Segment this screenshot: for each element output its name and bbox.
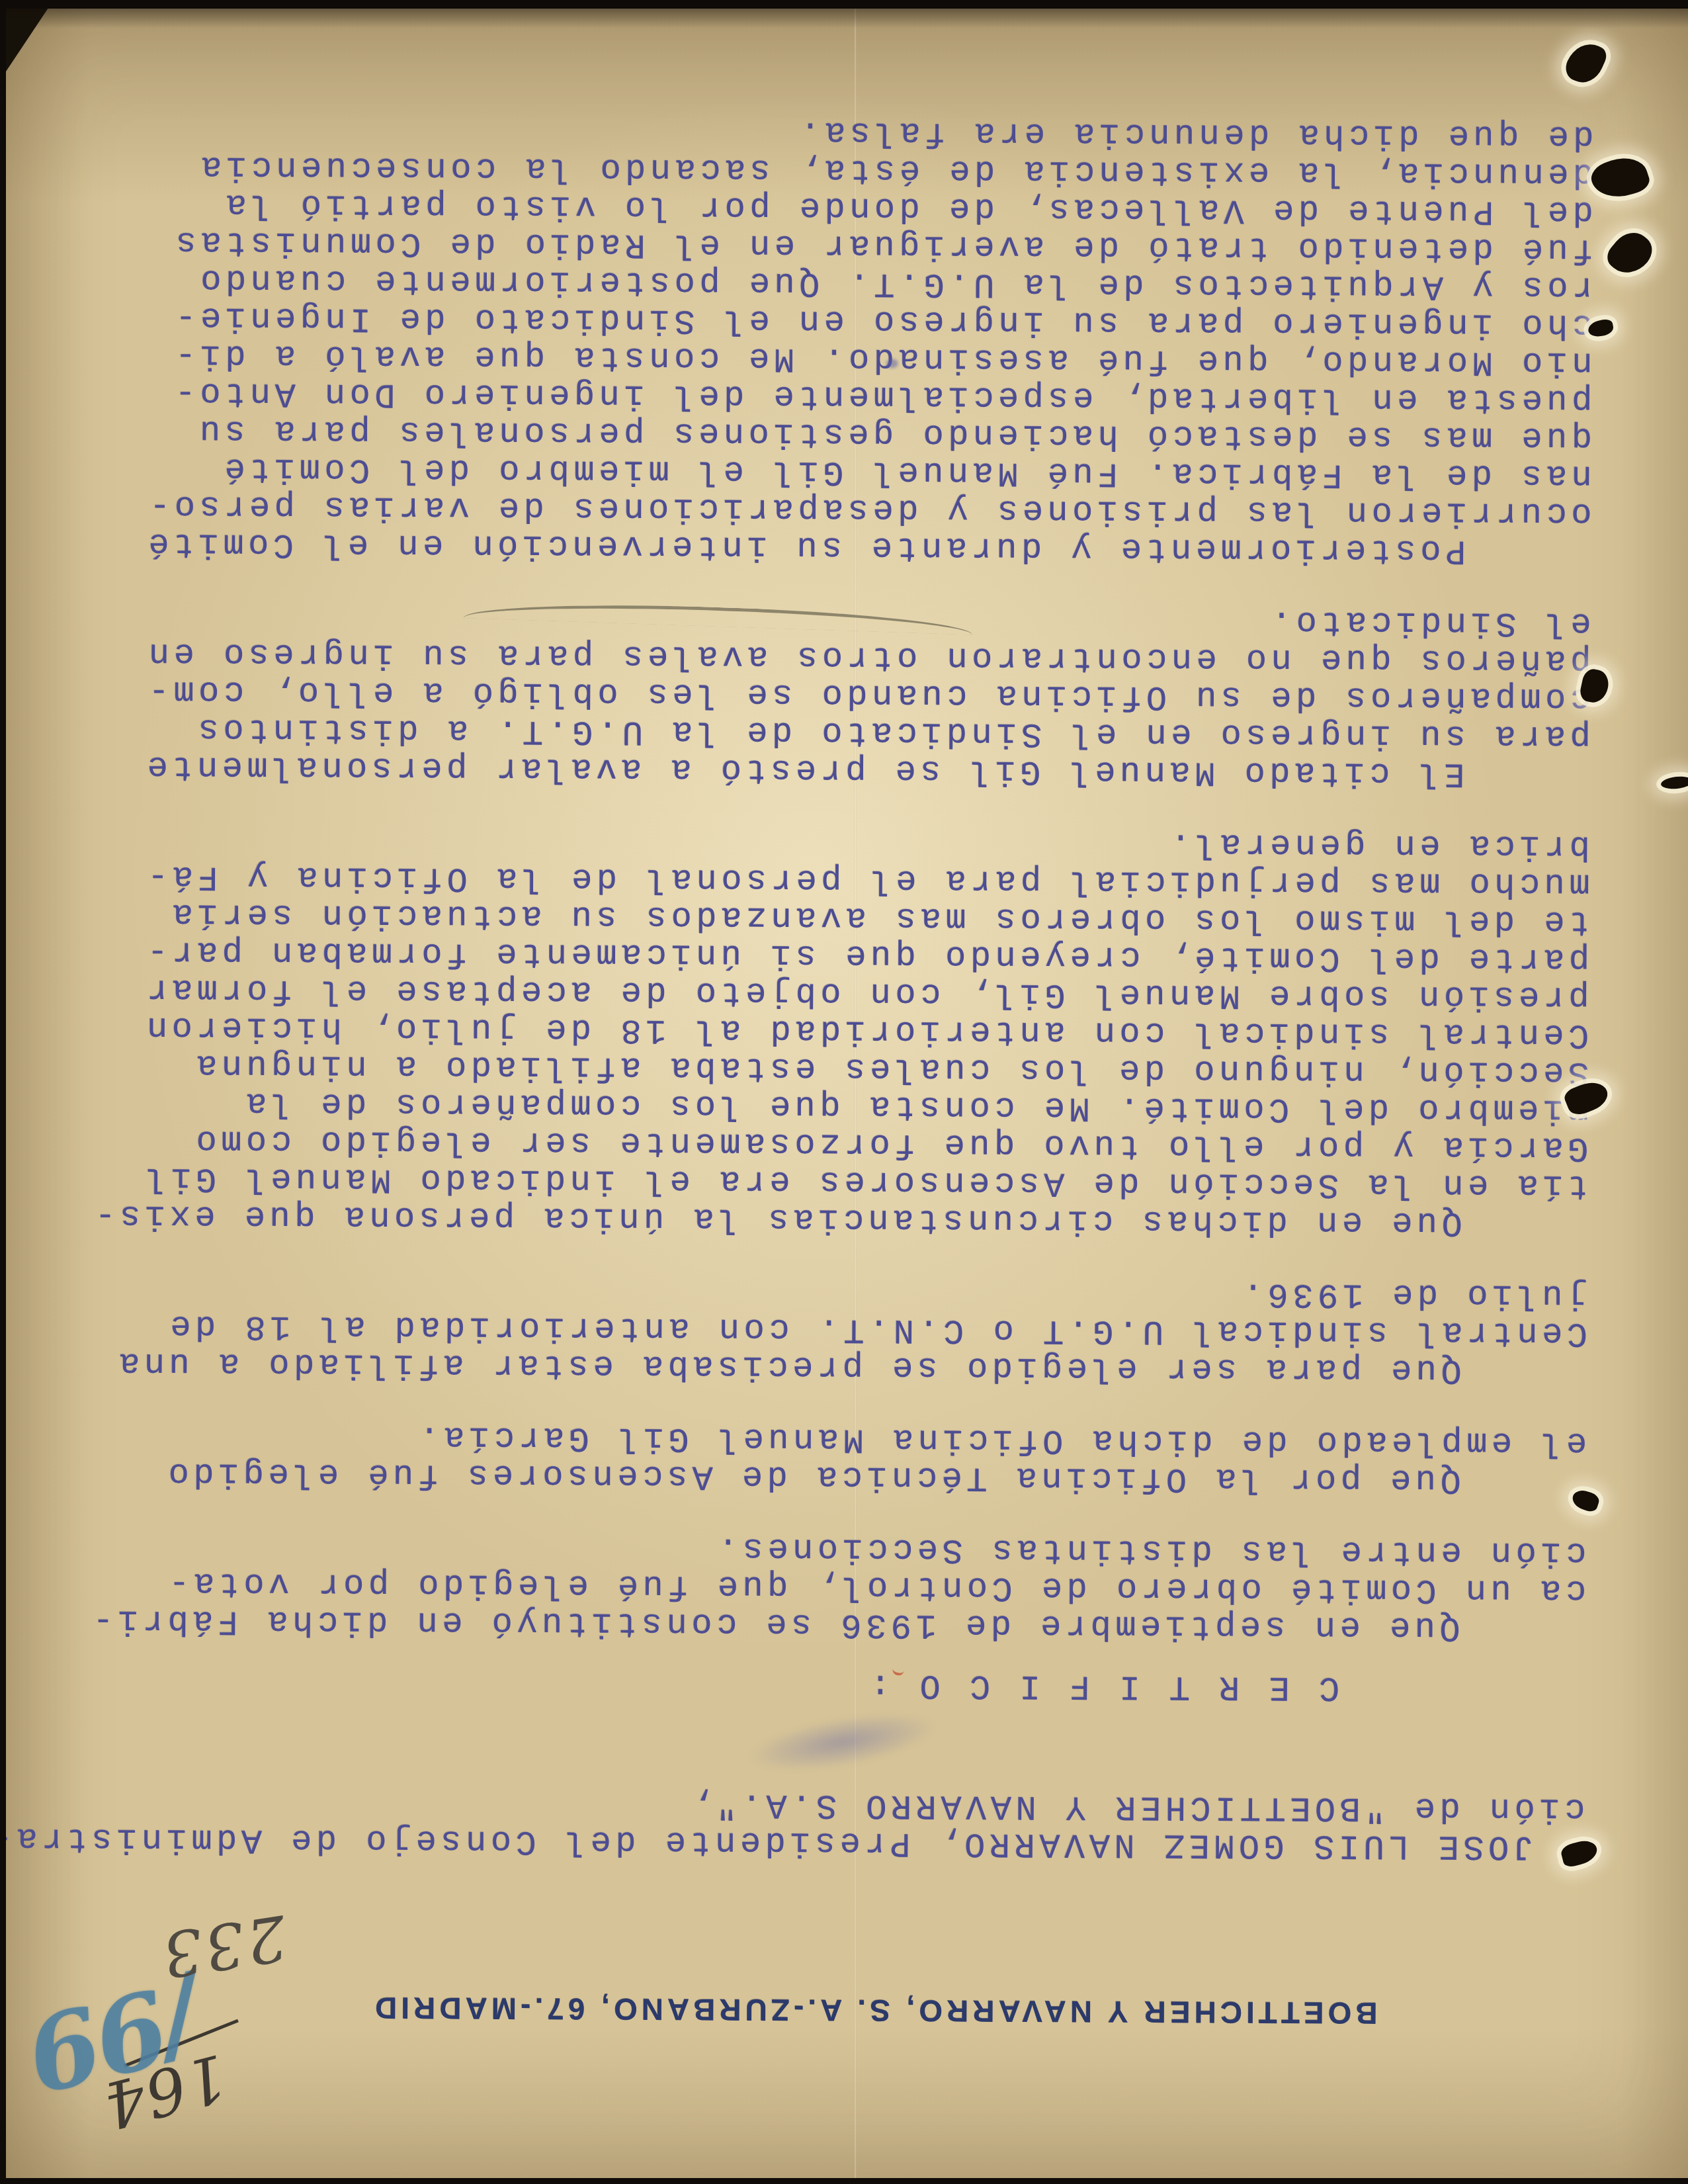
paper-sheet: BOETTICHER Y NAVARRO, S. A.-ZURBANO, 67.… bbox=[6, 8, 1688, 2178]
paragraph: Posteriormente y durante su intervención… bbox=[44, 110, 1594, 570]
handwritten-number-pencil: 233 bbox=[155, 1900, 292, 1991]
paragraph: Que en septiembre de 1936 se constituyó … bbox=[38, 1526, 1587, 1647]
intro-block: JOSE LUIS GOMEZ NAVARRO, Presidente del … bbox=[0, 1782, 1585, 1866]
paragraph: Que para ser elegido se precisaba estar … bbox=[40, 1269, 1588, 1390]
scanned-document-page: BOETTICHER Y NAVARRO, S. A.-ZURBANO, 67.… bbox=[0, 0, 1688, 2184]
paragraph: Que en dichas circunstancias la única pe… bbox=[40, 820, 1590, 1243]
photo-edge-left bbox=[0, 0, 6, 2184]
ink-dot bbox=[886, 359, 898, 368]
certify-heading: C E R T I F I C O : bbox=[866, 1665, 1340, 1707]
document-content: BOETTICHER Y NAVARRO, S. A.-ZURBANO, 67.… bbox=[0, 3, 1688, 2182]
ink-smudge bbox=[744, 1702, 941, 1782]
photo-edge-bottom bbox=[0, 2178, 1688, 2184]
letterhead: BOETTICHER Y NAVARRO, S. A.-ZURBANO, 67.… bbox=[371, 1990, 1378, 2031]
paragraphs: Que en septiembre de 1936 se constituyó … bbox=[38, 75, 1594, 1647]
photo-edge-top bbox=[0, 0, 1688, 9]
photo-edge-shadow bbox=[0, 9, 1688, 28]
paragraph: Que por la Oficina Técnica de Ascensores… bbox=[39, 1417, 1587, 1500]
